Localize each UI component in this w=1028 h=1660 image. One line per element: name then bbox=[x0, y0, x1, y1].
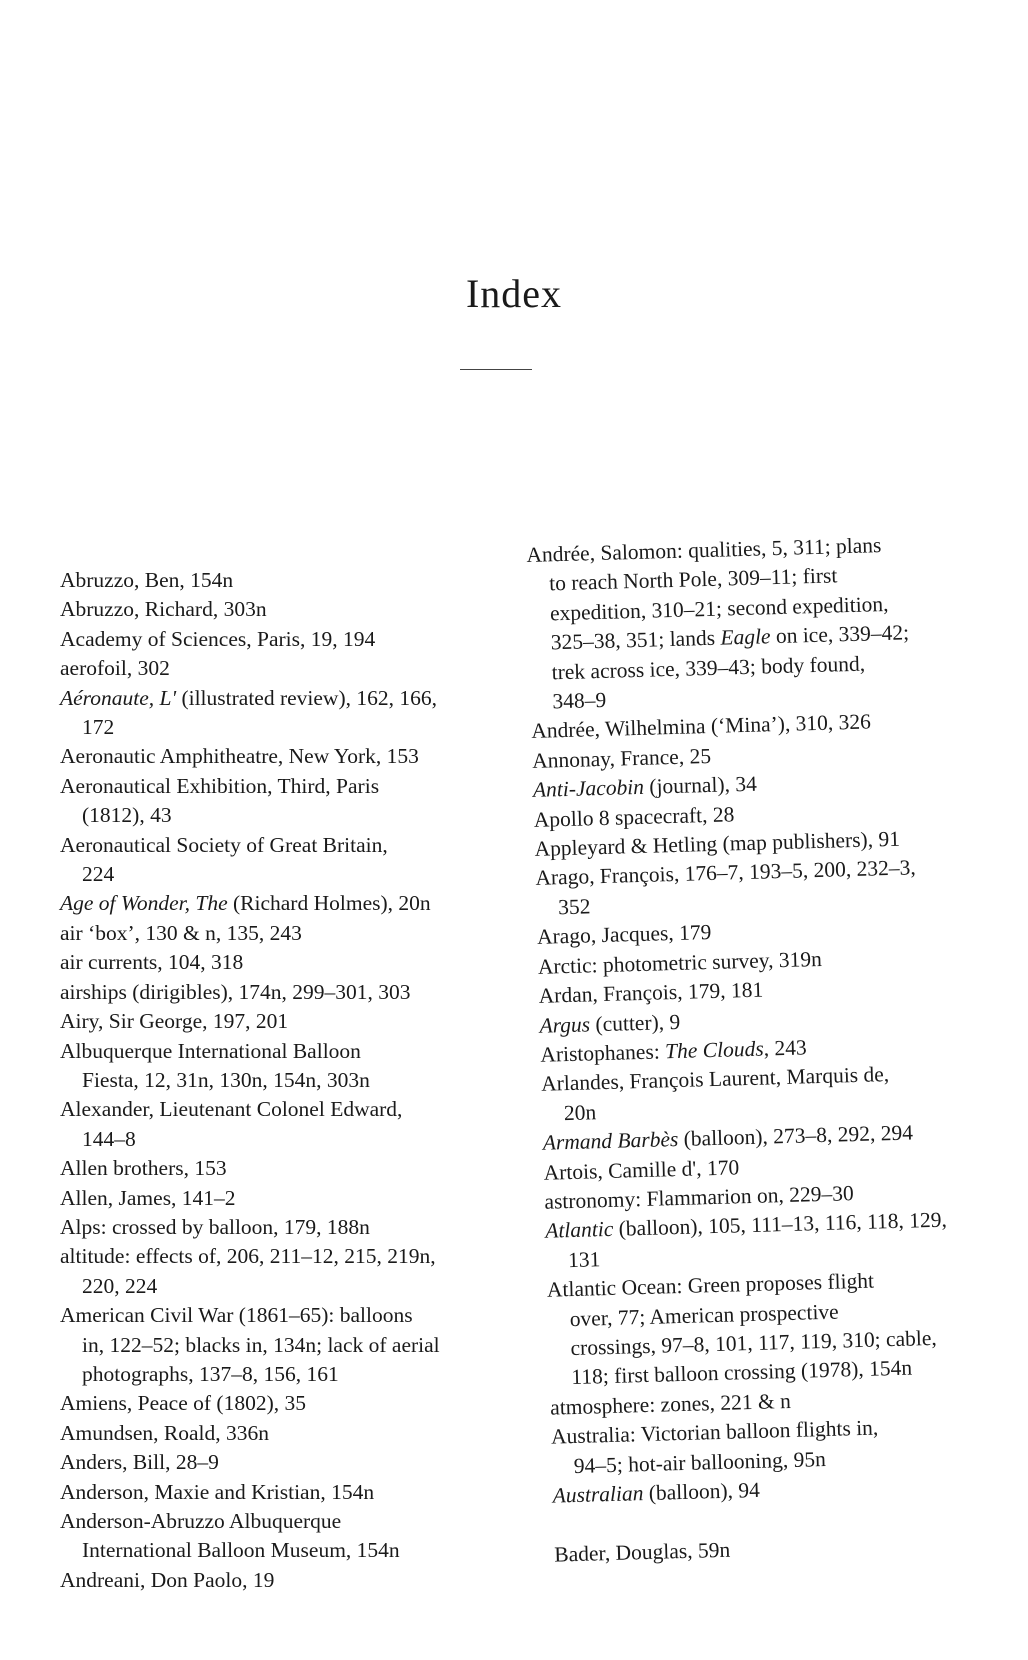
entry-text: 94–5; hot-air ballooning, 95n bbox=[574, 1447, 827, 1478]
entry-text: 172 bbox=[82, 715, 114, 739]
index-entry: Abruzzo, Richard, 303n bbox=[60, 595, 500, 624]
index-entry-continuation: 144–8 bbox=[60, 1125, 500, 1154]
index-entry-line: aerofoil, 302 bbox=[60, 654, 500, 683]
entry-text: in, 122–52; blacks in, 134n; lack of aer… bbox=[82, 1333, 440, 1357]
index-entry-line: Aéronaute, L' (illustrated review), 162,… bbox=[60, 684, 500, 713]
entry-text: Alps: crossed by balloon, 179, 188n bbox=[60, 1215, 370, 1239]
index-entry-line: Aeronautical Exhibition, Third, Paris bbox=[60, 772, 500, 801]
index-entry-line: Allen, James, 141–2 bbox=[60, 1184, 500, 1213]
entry-text: Allen, James, 141–2 bbox=[60, 1186, 236, 1210]
entry-text: (balloon), 105, 111–13, 116, 118, 129, bbox=[613, 1208, 947, 1241]
entry-text: Abruzzo, Ben, 154n bbox=[60, 568, 233, 592]
entry-text: to reach North Pole, 309–11; first bbox=[549, 564, 838, 596]
index-entry-line: Andreani, Don Paolo, 19 bbox=[60, 1566, 500, 1595]
entry-text: on ice, 339–42; bbox=[770, 621, 909, 649]
index-entry-line: Anderson, Maxie and Kristian, 154n bbox=[60, 1478, 500, 1507]
entry-text: American Civil War (1861–65): balloons bbox=[60, 1303, 413, 1327]
entry-text: (1812), 43 bbox=[82, 803, 172, 827]
index-entry-line: Amiens, Peace of (1802), 35 bbox=[60, 1389, 500, 1418]
index-entry-line: Abruzzo, Richard, 303n bbox=[60, 595, 500, 624]
index-entry: Abruzzo, Ben, 154n bbox=[60, 566, 500, 595]
italic-title-text: Argus bbox=[539, 1012, 590, 1037]
index-entry: Anderson, Maxie and Kristian, 154n bbox=[60, 1478, 500, 1507]
index-entry-line: Aeronautic Amphitheatre, New York, 153 bbox=[60, 742, 500, 771]
index-entry-line: airships (dirigibles), 174n, 299–301, 30… bbox=[60, 978, 500, 1007]
entry-text: (illustrated review), 162, 166, bbox=[176, 686, 437, 710]
index-entry-line: Anderson-Abruzzo Albuquerque bbox=[60, 1507, 500, 1536]
index-entry: Aeronautical Society of Great Britain,22… bbox=[60, 831, 500, 890]
entry-text: Apollo 8 spacecraft, 28 bbox=[533, 802, 734, 832]
italic-title-text: Age of Wonder, The bbox=[60, 891, 228, 915]
index-entry-line: Airy, Sir George, 197, 201 bbox=[60, 1007, 500, 1036]
italic-title-text: The Clouds bbox=[665, 1036, 764, 1063]
entry-text: (Richard Holmes), 20n bbox=[228, 891, 431, 915]
index-entry: Anders, Bill, 28–9 bbox=[60, 1448, 500, 1477]
entry-text: trek across ice, 339–43; body found, bbox=[551, 651, 865, 684]
title-divider bbox=[460, 369, 532, 370]
index-column-right: Andrée, Salomon: qualities, 5, 311; plan… bbox=[526, 529, 975, 1570]
entry-text: airships (dirigibles), 174n, 299–301, 30… bbox=[60, 980, 411, 1004]
entry-text: Bader, Douglas, 59n bbox=[554, 1538, 730, 1567]
entry-text: Airy, Sir George, 197, 201 bbox=[60, 1009, 288, 1033]
index-entry-line: air currents, 104, 318 bbox=[60, 948, 500, 977]
index-entry: Amundsen, Roald, 336n bbox=[60, 1419, 500, 1448]
index-entry-line: Age of Wonder, The (Richard Holmes), 20n bbox=[60, 889, 500, 918]
entry-text: 220, 224 bbox=[82, 1274, 157, 1298]
index-entry: Amiens, Peace of (1802), 35 bbox=[60, 1389, 500, 1418]
index-entry: Airy, Sir George, 197, 201 bbox=[60, 1007, 500, 1036]
index-entry: Alexander, Lieutenant Colonel Edward,144… bbox=[60, 1095, 500, 1154]
index-entry: airships (dirigibles), 174n, 299–301, 30… bbox=[60, 978, 500, 1007]
entry-text: Amiens, Peace of (1802), 35 bbox=[60, 1391, 306, 1415]
entry-text: air currents, 104, 318 bbox=[60, 950, 243, 974]
entry-text: Aeronautical Society of Great Britain, bbox=[60, 833, 388, 857]
entry-text: (balloon), 273–8, 292, 294 bbox=[678, 1121, 913, 1152]
index-entry: Age of Wonder, The (Richard Holmes), 20n bbox=[60, 889, 500, 918]
entry-text: International Balloon Museum, 154n bbox=[82, 1538, 400, 1562]
index-entry-line: air ‘box’, 130 & n, 135, 243 bbox=[60, 919, 500, 948]
index-entry-line: Albuquerque International Balloon bbox=[60, 1037, 500, 1066]
entry-text: Aristophanes: bbox=[540, 1039, 665, 1066]
index-entry: Anderson-Abruzzo AlbuquerqueInternationa… bbox=[60, 1507, 500, 1566]
index-entry-line: American Civil War (1861–65): balloons bbox=[60, 1301, 500, 1330]
entry-text: Atlantic Ocean: Green proposes flight bbox=[547, 1269, 875, 1302]
page-title: Index bbox=[0, 270, 1028, 317]
italic-title-text: Armand Barbès bbox=[542, 1127, 678, 1155]
italic-title-text: Atlantic bbox=[545, 1217, 614, 1243]
entry-text: (cutter), 9 bbox=[590, 1009, 681, 1036]
index-entry: Allen brothers, 153 bbox=[60, 1154, 500, 1183]
italic-title-text: Aéronaute, L' bbox=[60, 686, 176, 710]
index-entry: air ‘box’, 130 & n, 135, 243 bbox=[60, 919, 500, 948]
index-entry: Aéronaute, L' (illustrated review), 162,… bbox=[60, 684, 500, 743]
index-entry: Allen, James, 141–2 bbox=[60, 1184, 500, 1213]
entry-text: Anderson, Maxie and Kristian, 154n bbox=[60, 1480, 374, 1504]
entry-text: Alexander, Lieutenant Colonel Edward, bbox=[60, 1097, 402, 1121]
entry-text: , 243 bbox=[763, 1035, 807, 1060]
entry-text: (balloon), 94 bbox=[643, 1478, 760, 1505]
index-entry-continuation: in, 122–52; blacks in, 134n; lack of aer… bbox=[60, 1331, 500, 1360]
entry-text: 325–38, 351; lands bbox=[551, 626, 721, 655]
entry-text: Artois, Camille d', 170 bbox=[543, 1155, 739, 1184]
italic-title-text: Anti-Jacobin bbox=[533, 775, 645, 802]
book-page: Index Abruzzo, Ben, 154nAbruzzo, Richard… bbox=[0, 0, 1028, 1660]
entry-text: 348–9 bbox=[552, 688, 606, 713]
index-entry-continuation: Fiesta, 12, 31n, 130n, 154n, 303n bbox=[60, 1066, 500, 1095]
index-entry: aerofoil, 302 bbox=[60, 654, 500, 683]
index-entry: Bader, Douglas, 59n bbox=[554, 1529, 975, 1570]
index-entry-line: Alexander, Lieutenant Colonel Edward, bbox=[60, 1095, 500, 1124]
index-entry: Aeronautic Amphitheatre, New York, 153 bbox=[60, 742, 500, 771]
index-entry: Albuquerque International BalloonFiesta,… bbox=[60, 1037, 500, 1096]
index-entry: Andreani, Don Paolo, 19 bbox=[60, 1566, 500, 1595]
index-entry: Aeronautical Exhibition, Third, Paris(18… bbox=[60, 772, 500, 831]
entry-text: Allen brothers, 153 bbox=[60, 1156, 227, 1180]
entry-text: Annonay, France, 25 bbox=[532, 744, 712, 773]
index-entry-line: altitude: effects of, 206, 211–12, 215, … bbox=[60, 1242, 500, 1271]
entry-text: Arago, Jacques, 179 bbox=[537, 920, 712, 949]
index-entry-line: Amundsen, Roald, 336n bbox=[60, 1419, 500, 1448]
index-entry-continuation: 172 bbox=[60, 713, 500, 742]
entry-text: Aeronautical Exhibition, Third, Paris bbox=[60, 774, 379, 798]
entry-text: Ardan, François, 179, 181 bbox=[538, 978, 763, 1008]
index-entry: Alps: crossed by balloon, 179, 188n bbox=[60, 1213, 500, 1242]
entry-text: Abruzzo, Richard, 303n bbox=[60, 597, 267, 621]
index-entry-line: Anders, Bill, 28–9 bbox=[60, 1448, 500, 1477]
entry-text: photographs, 137–8, 156, 161 bbox=[82, 1362, 339, 1386]
entry-text: aerofoil, 302 bbox=[60, 656, 170, 680]
entry-text: Albuquerque International Balloon bbox=[60, 1039, 361, 1063]
index-entry-line: Aeronautical Society of Great Britain, bbox=[60, 831, 500, 860]
entry-text: Andreani, Don Paolo, 19 bbox=[60, 1568, 274, 1592]
entry-text: over, 77; American prospective bbox=[569, 1299, 839, 1331]
index-entry-continuation: 220, 224 bbox=[60, 1272, 500, 1301]
entry-text: Amundsen, Roald, 336n bbox=[60, 1421, 269, 1445]
index-entry-line: Allen brothers, 153 bbox=[60, 1154, 500, 1183]
entry-text: 224 bbox=[82, 862, 114, 886]
index-entry-continuation: International Balloon Museum, 154n bbox=[60, 1536, 500, 1565]
entry-text: Aeronautic Amphitheatre, New York, 153 bbox=[60, 744, 419, 768]
index-entry-line: Bader, Douglas, 59n bbox=[554, 1529, 975, 1570]
entry-text: Academy of Sciences, Paris, 19, 194 bbox=[60, 627, 375, 651]
entry-text: atmosphere: zones, 221 & n bbox=[550, 1389, 791, 1420]
entry-text: Anders, Bill, 28–9 bbox=[60, 1450, 219, 1474]
index-entry: American Civil War (1861–65): balloonsin… bbox=[60, 1301, 500, 1389]
italic-title-text: Australian bbox=[552, 1481, 643, 1508]
index-entry: air currents, 104, 318 bbox=[60, 948, 500, 977]
index-entry-line: Alps: crossed by balloon, 179, 188n bbox=[60, 1213, 500, 1242]
index-entry-continuation: 224 bbox=[60, 860, 500, 889]
entry-text: Arctic: photometric survey, 319n bbox=[538, 947, 823, 979]
index-entry-line: Abruzzo, Ben, 154n bbox=[60, 566, 500, 595]
entry-text: (journal), 34 bbox=[644, 772, 757, 799]
index-entry: altitude: effects of, 206, 211–12, 215, … bbox=[60, 1242, 500, 1301]
index-entry: Andrée, Salomon: qualities, 5, 311; plan… bbox=[526, 529, 951, 717]
index-column-left: Abruzzo, Ben, 154nAbruzzo, Richard, 303n… bbox=[60, 566, 500, 1595]
entry-text: 352 bbox=[558, 894, 591, 919]
index-entry-line: Academy of Sciences, Paris, 19, 194 bbox=[60, 625, 500, 654]
entry-text: Fiesta, 12, 31n, 130n, 154n, 303n bbox=[82, 1068, 370, 1092]
entry-text: Anderson-Abruzzo Albuquerque bbox=[60, 1509, 341, 1533]
entry-text: altitude: effects of, 206, 211–12, 215, … bbox=[60, 1244, 436, 1268]
index-entry: Academy of Sciences, Paris, 19, 194 bbox=[60, 625, 500, 654]
index-entry: Atlantic Ocean: Green proposes flightove… bbox=[547, 1264, 970, 1393]
entry-text: air ‘box’, 130 & n, 135, 243 bbox=[60, 921, 302, 945]
index-entry-continuation: photographs, 137–8, 156, 161 bbox=[60, 1360, 500, 1389]
index-entry-continuation: (1812), 43 bbox=[60, 801, 500, 830]
entry-text: Australia: Victorian balloon flights in, bbox=[551, 1416, 879, 1449]
entry-text: 20n bbox=[564, 1100, 597, 1125]
entry-text: 131 bbox=[568, 1247, 601, 1272]
entry-text: 144–8 bbox=[82, 1127, 136, 1151]
italic-title-text: Eagle bbox=[720, 624, 771, 649]
